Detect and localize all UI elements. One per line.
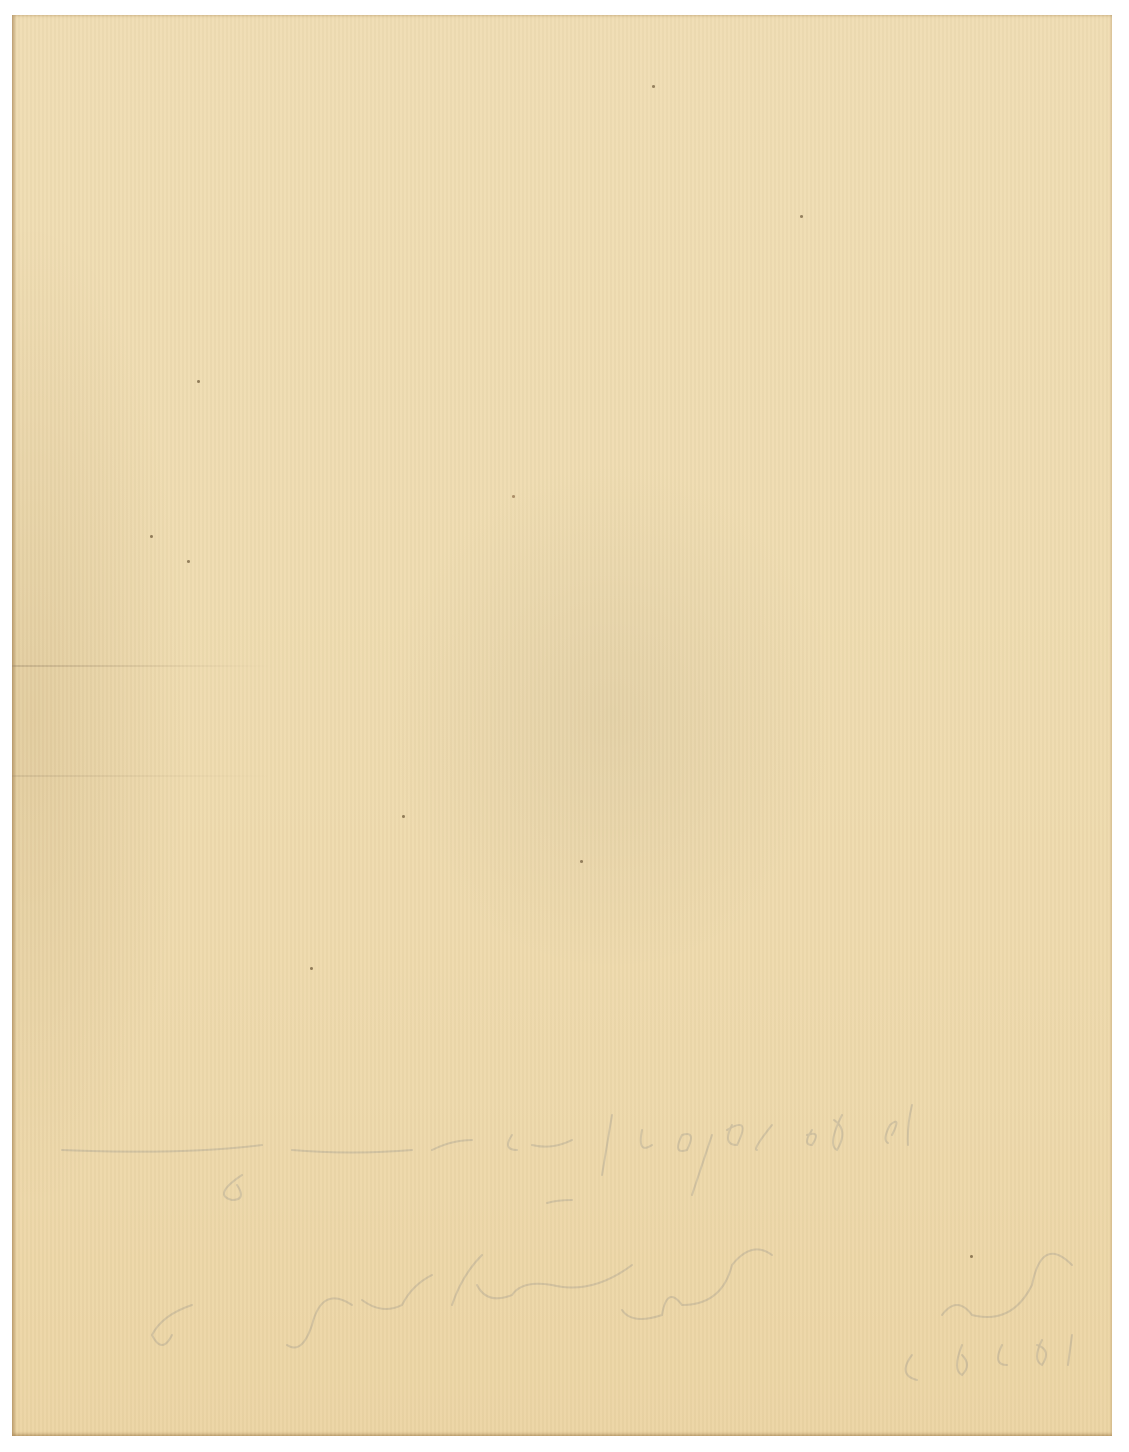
paper-fleck bbox=[187, 560, 190, 563]
paper-fleck bbox=[970, 1255, 973, 1258]
paper-crease bbox=[12, 665, 272, 667]
paper-fleck bbox=[402, 815, 405, 818]
paper-fleck bbox=[512, 495, 515, 498]
paper-fleck bbox=[310, 967, 313, 970]
paper-fleck bbox=[580, 860, 583, 863]
paper-fleck bbox=[150, 535, 153, 538]
paper-crease bbox=[12, 775, 272, 777]
paper-sheet bbox=[12, 15, 1112, 1436]
ink-bleed-through bbox=[12, 15, 1112, 1436]
paper-fleck bbox=[197, 380, 200, 383]
paper-fleck bbox=[800, 215, 803, 218]
paper-fleck bbox=[652, 85, 655, 88]
